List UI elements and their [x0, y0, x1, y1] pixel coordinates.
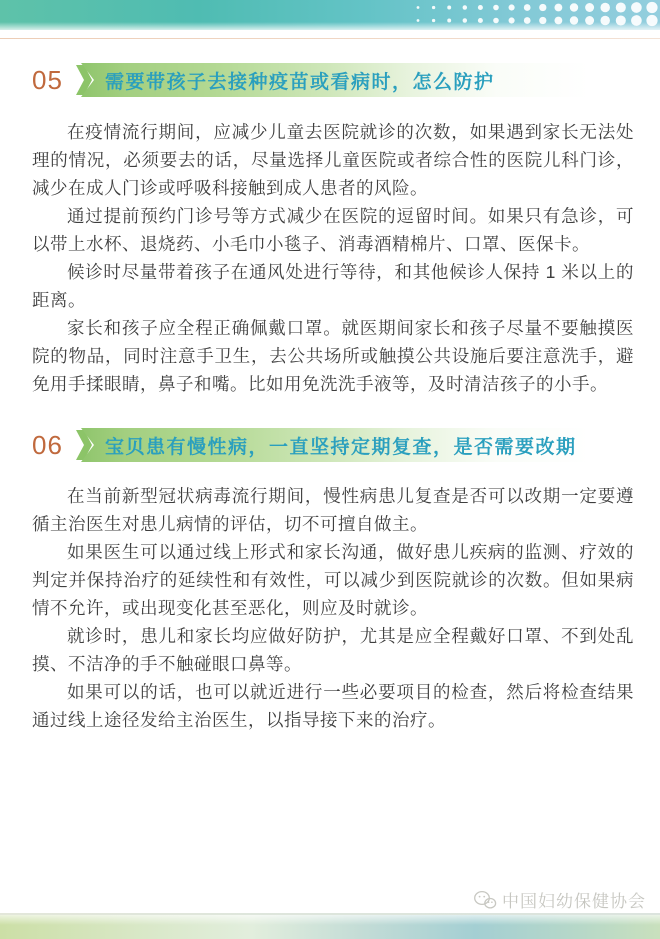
- header-accent-line: [0, 38, 660, 39]
- section-05: 05 需要带孩子去接种疫苗或看病时，怎么防护 在疫情流行期间，应减少儿童去医院就…: [32, 63, 634, 398]
- section-06-paragraphs: 在当前新型冠状病毒流行期间，慢性病患儿复查是否可以改期一定要遵循主治医生对患儿病…: [32, 482, 634, 734]
- paragraph: 如果可以的话，也可以就近进行一些必要项目的检查，然后将检查结果通过线上途径发给主…: [32, 678, 634, 734]
- paragraph: 通过提前预约门诊号等方式减少在医院的逗留时间。如果只有急诊，可以带上水杯、退烧药…: [32, 202, 634, 258]
- paragraph: 在疫情流行期间，应减少儿童去医院就诊的次数，如果遇到家长无法处理的情况，必须要去…: [32, 118, 634, 202]
- section-06: 06 宝贝患有慢性病，一直坚持定期复查，是否需要改期 在当前新型冠状病毒流行期间…: [32, 428, 634, 734]
- footer-band: [0, 915, 660, 939]
- article-content: 05 需要带孩子去接种疫苗或看病时，怎么防护 在疫情流行期间，应减少儿童去医院就…: [0, 63, 660, 734]
- section-title-banner: 宝贝患有慢性病，一直坚持定期复查，是否需要改期: [81, 428, 634, 462]
- footer-watermark: 中国妇幼保健协会: [473, 887, 646, 912]
- section-title-banner: 需要带孩子去接种疫苗或看病时，怎么防护: [81, 63, 634, 97]
- article-page: 05 需要带孩子去接种疫苗或看病时，怎么防护 在疫情流行期间，应减少儿童去医院就…: [0, 0, 660, 939]
- header-band: [0, 0, 660, 30]
- wechat-icon: [473, 890, 497, 910]
- paragraph: 如果医生可以通过线上形式和家长沟通，做好患儿疾病的监测、疗效的判定并保持治疗的延…: [32, 538, 634, 622]
- paragraph: 在当前新型冠状病毒流行期间，慢性病患儿复查是否可以改期一定要遵循主治医生对患儿病…: [32, 482, 634, 538]
- section-title: 宝贝患有慢性病，一直坚持定期复查，是否需要改期: [105, 432, 577, 459]
- paragraph: 就诊时，患儿和家长均应做好防护，尤其是应全程戴好口罩、不到处乱摸、不洁净的手不触…: [32, 622, 634, 678]
- section-number: 06: [32, 430, 68, 461]
- section-05-heading: 05 需要带孩子去接种疫苗或看病时，怎么防护: [32, 63, 634, 97]
- section-06-heading: 06 宝贝患有慢性病，一直坚持定期复查，是否需要改期: [32, 428, 634, 462]
- section-number: 05: [32, 65, 68, 96]
- paragraph: 家长和孩子应全程正确佩戴口罩。就医期间家长和孩子尽量不要触摸医院的物品，同时注意…: [32, 314, 634, 398]
- footer-band-fade: [0, 915, 660, 925]
- section-title: 需要带孩子去接种疫苗或看病时，怎么防护: [105, 67, 495, 94]
- header-band-fade: [0, 22, 660, 30]
- paragraph: 候诊时尽量带着孩子在通风处进行等待，和其他候诊人保持 1 米以上的距离。: [32, 258, 634, 314]
- section-05-paragraphs: 在疫情流行期间，应减少儿童去医院就诊的次数，如果遇到家长无法处理的情况，必须要去…: [32, 118, 634, 398]
- footer-source-label: 中国妇幼保健协会: [502, 887, 646, 912]
